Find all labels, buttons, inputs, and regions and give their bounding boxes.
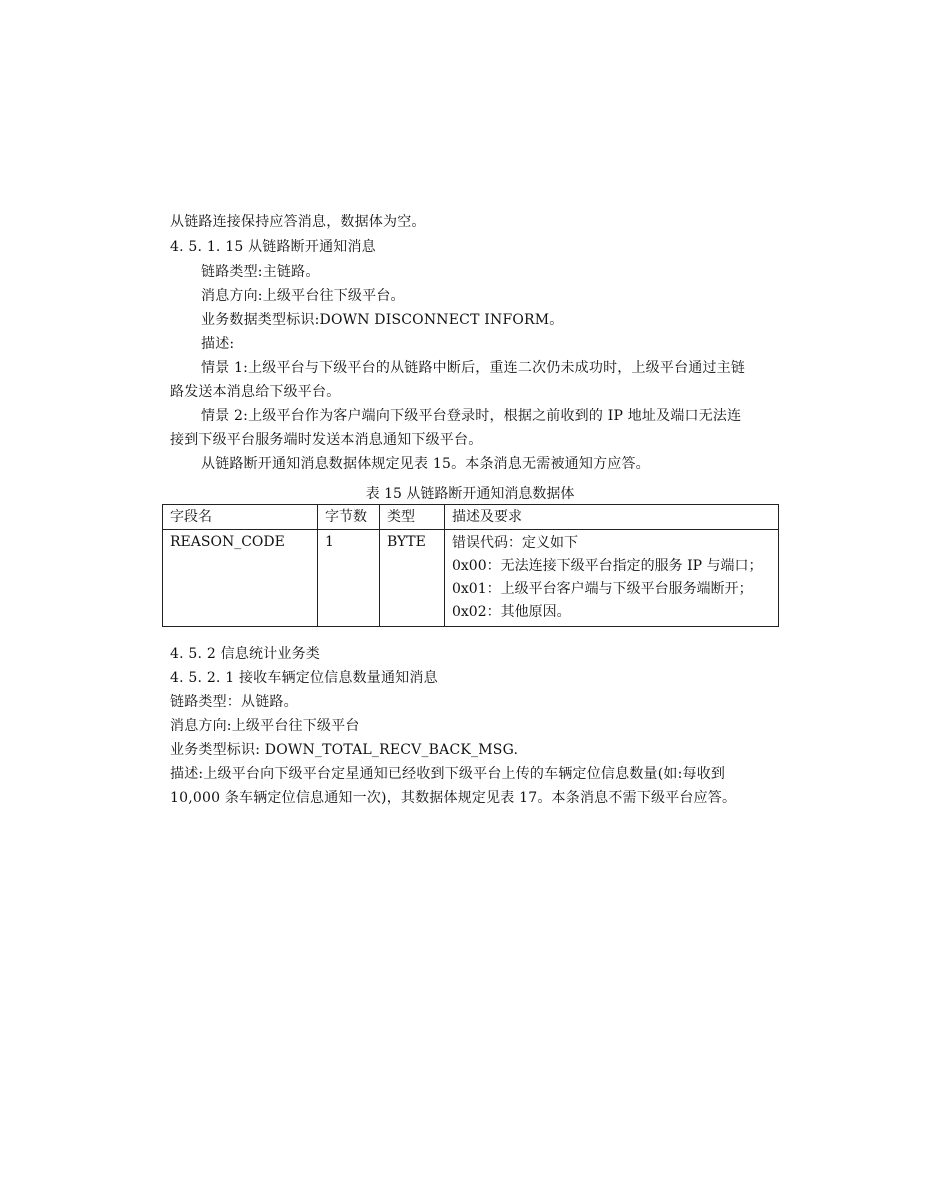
section-heading-4-5-1-15: 4. 5. 1. 15 从链路断开通知消息 bbox=[170, 237, 376, 257]
description-text-line1: 描述:上级平台向下级平台定星通知已经收到下级平台上传的车辆定位信息数量(如:每收… bbox=[170, 764, 725, 784]
business-type-text-2: 业务类型标识: DOWN_TOTAL_RECV_BACK_MSG. bbox=[170, 740, 518, 760]
paragraph-keepalive-reply: 从链路连接保持应答消息，数据体为空。 bbox=[170, 212, 426, 232]
description-label: 描述: bbox=[201, 334, 234, 354]
desc-line: 错误代码：定义如下 bbox=[452, 532, 771, 555]
header-bytes: 字节数 bbox=[318, 505, 380, 530]
case2-text-line1: 情景 2:上级平台作为客户端向下级平台登录时，根据之前收到的 IP 地址及端口无… bbox=[201, 406, 741, 426]
case1-text-line2: 路发送本消息给下级平台。 bbox=[170, 382, 340, 402]
section-heading-4-5-2-1: 4. 5. 2. 1 接收车辆定位信息数量通知消息 bbox=[170, 668, 438, 688]
cell-description: 错误代码：定义如下 0x00：无法连接下级平台指定的服务 IP 与端口； 0x0… bbox=[445, 530, 779, 627]
section-heading-4-5-2: 4. 5. 2 信息统计业务类 bbox=[170, 644, 320, 664]
table-reference-text: 从链路断开通知消息数据体规定见表 15。本条消息无需被通知方应答。 bbox=[201, 454, 650, 474]
link-type-text: 链路类型:主链路。 bbox=[201, 262, 320, 282]
table15-caption: 表 15 从链路断开通知消息数据体 bbox=[0, 484, 940, 504]
desc-line: 0x01：上级平台客户端与下级平台服务端断开； bbox=[452, 578, 771, 601]
message-direction-text: 消息方向:上级平台往下级平台。 bbox=[201, 286, 405, 306]
business-type-text: 业务数据类型标识:DOWN DISCONNECT INFORM。 bbox=[201, 310, 564, 330]
desc-line: 0x02：其他原因。 bbox=[452, 601, 771, 624]
cell-type: BYTE bbox=[380, 530, 445, 627]
case1-text-line1: 情景 1:上级平台与下级平台的从链路中断后，重连二次仍未成功时，上级平台通过主链 bbox=[201, 358, 745, 378]
desc-line: 0x00：无法连接下级平台指定的服务 IP 与端口； bbox=[452, 555, 771, 578]
case2-text-line2: 接到下级平台服务端时发送本消息通知下级平台。 bbox=[170, 430, 482, 450]
table15: 字段名 字节数 类型 描述及要求 REASON_CODE 1 BYTE 错误代码… bbox=[162, 504, 779, 627]
table-header-row: 字段名 字节数 类型 描述及要求 bbox=[163, 505, 779, 530]
cell-bytes: 1 bbox=[318, 530, 380, 627]
header-type: 类型 bbox=[380, 505, 445, 530]
header-description: 描述及要求 bbox=[445, 505, 779, 530]
description-text-line2: 10,000 条车辆定位信息通知一次)，其数据体规定见表 17。本条消息不需下级… bbox=[170, 788, 736, 808]
link-type-text-2: 链路类型：从链路。 bbox=[170, 692, 298, 712]
table-row: REASON_CODE 1 BYTE 错误代码：定义如下 0x00：无法连接下级… bbox=[163, 530, 779, 627]
cell-field: REASON_CODE bbox=[163, 530, 318, 627]
message-direction-text-2: 消息方向:上级平台往下级平台 bbox=[170, 716, 360, 736]
header-field-name: 字段名 bbox=[163, 505, 318, 530]
